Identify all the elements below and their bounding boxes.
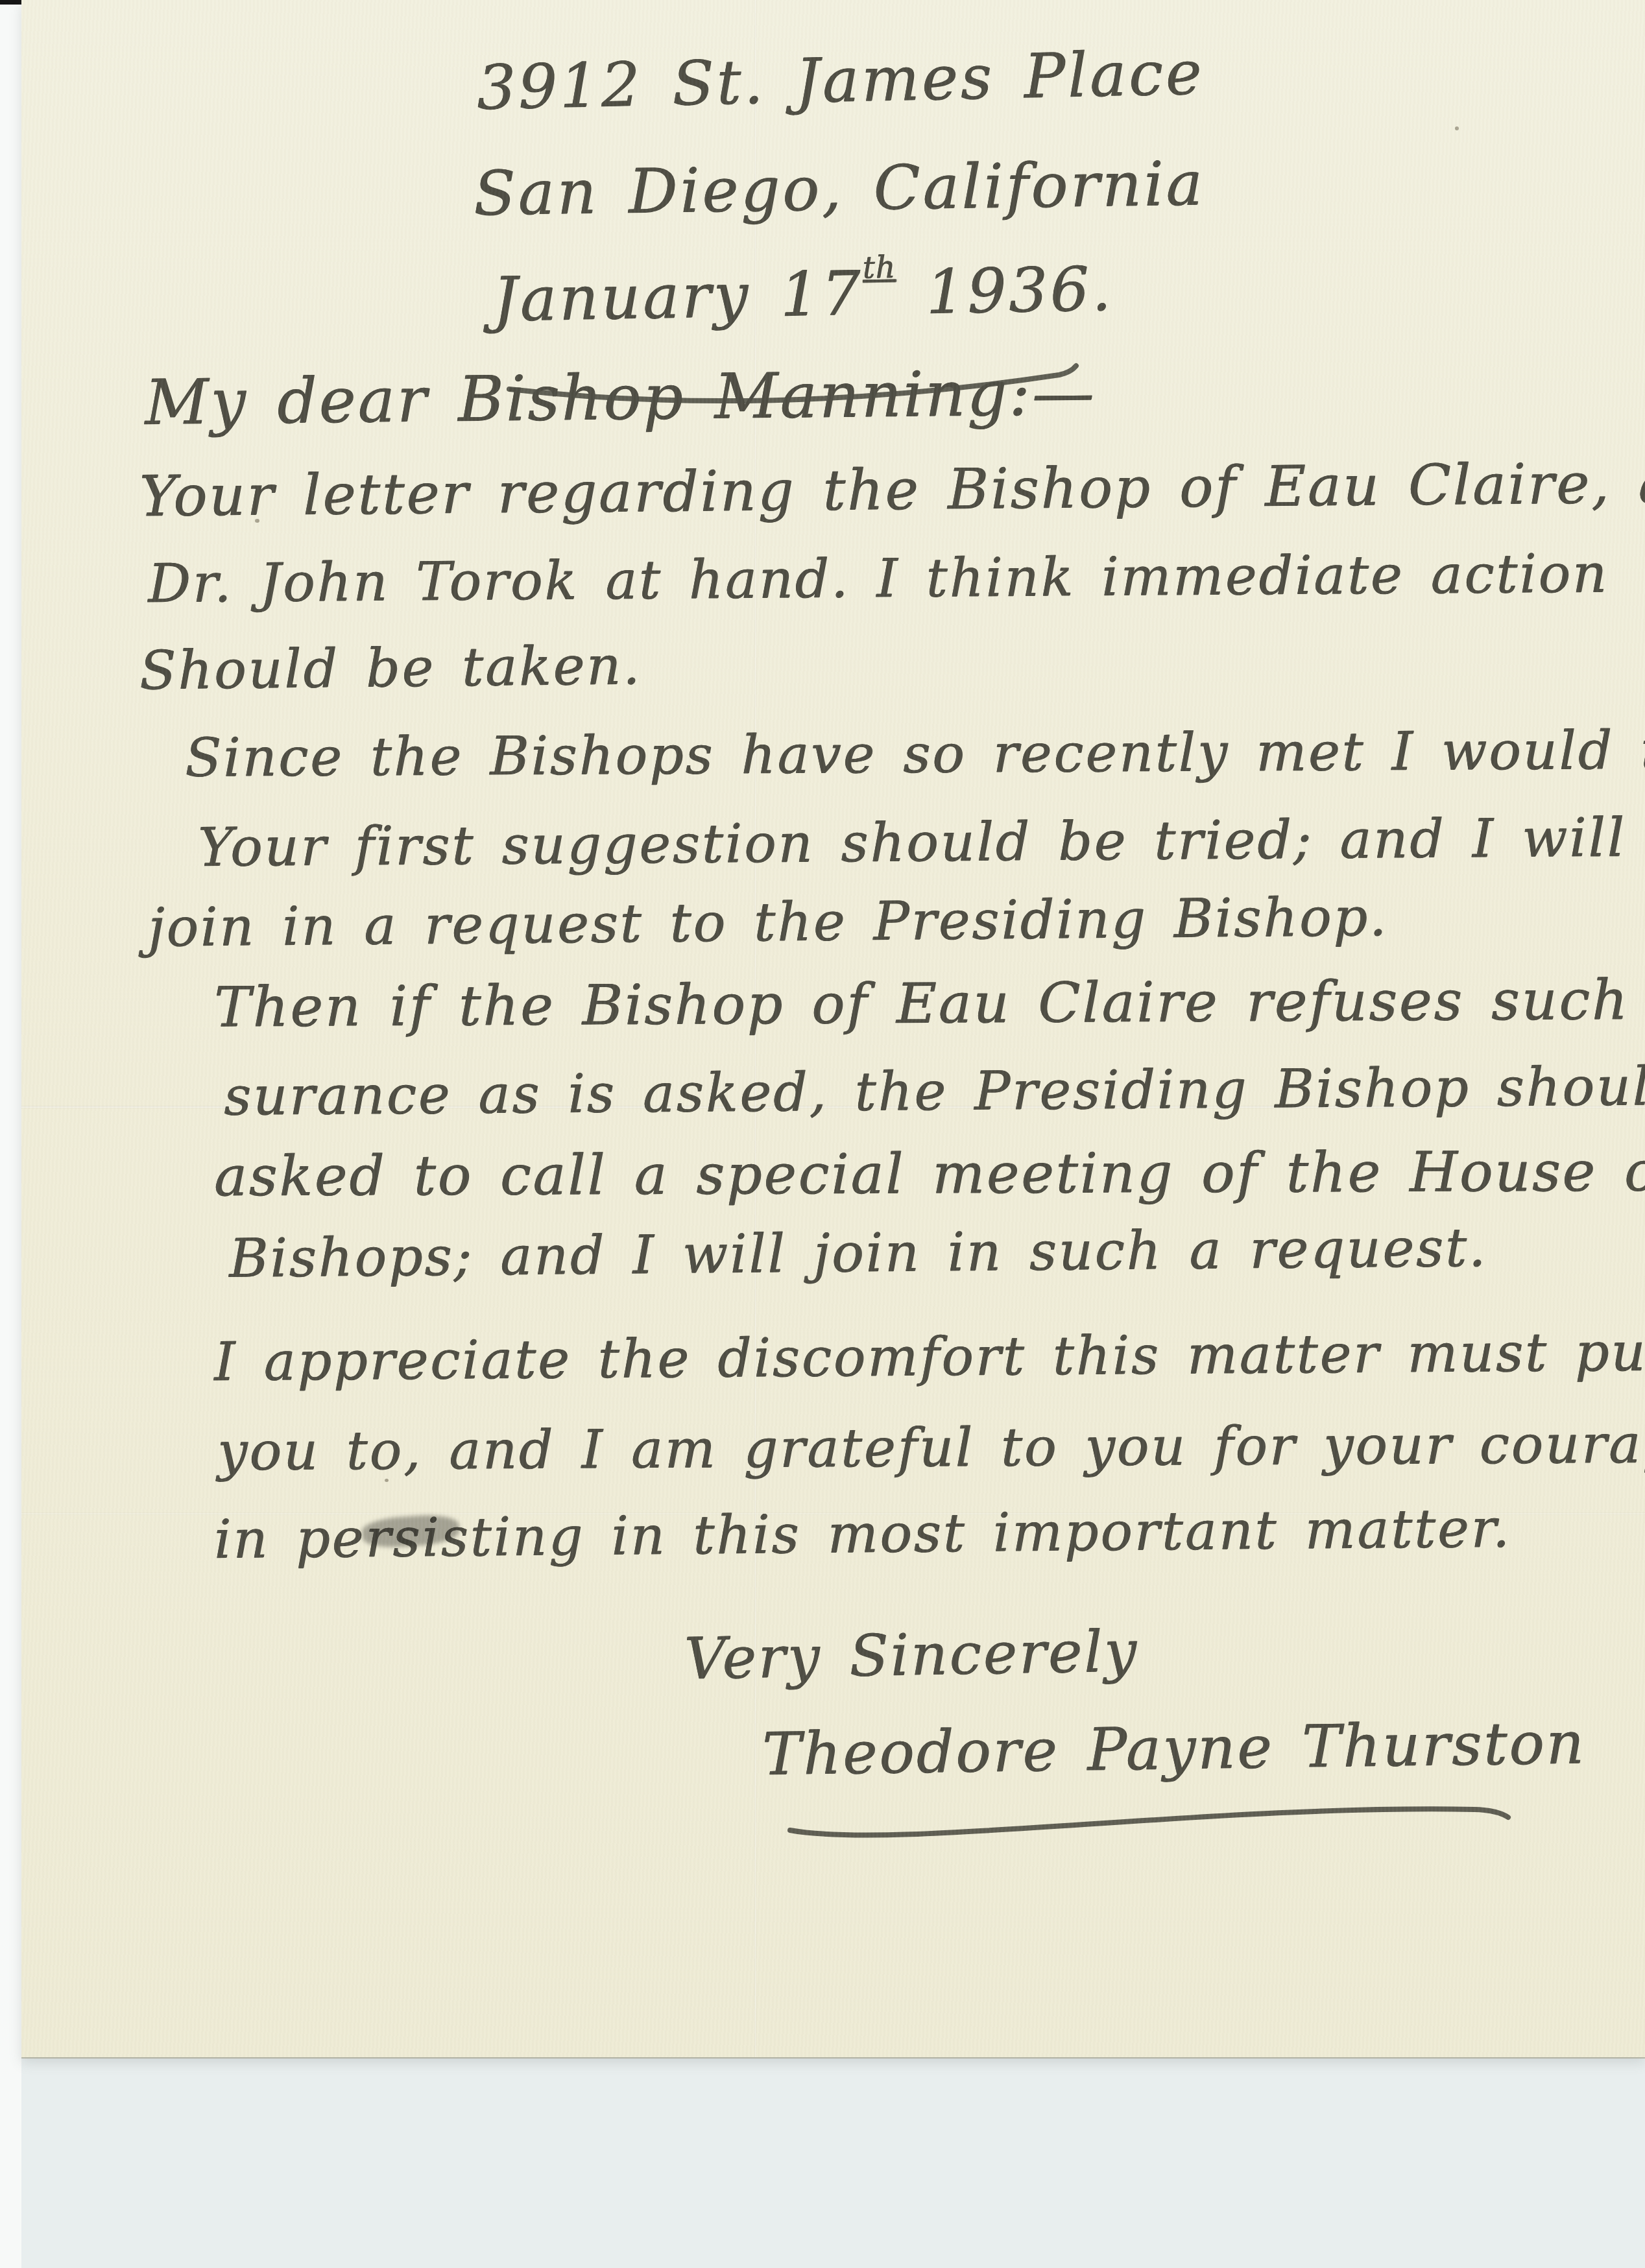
letter-page: 3912 St. James Place San Diego, Californ… [21, 0, 1645, 2057]
body-line: surance as is asked, the Presiding Bisho… [224, 1060, 1645, 1124]
date-year: 1936. [896, 254, 1114, 329]
body-line: Bishops; and I will join in such a reque… [229, 1222, 1488, 1286]
body-line: join in a request to the Presiding Bisho… [148, 891, 1389, 955]
body-line: Your first suggestion should be tried; a… [198, 810, 1645, 875]
body-line: Should be taken. [139, 639, 642, 698]
body-line: asked to call a special meeting of the H… [214, 1144, 1645, 1204]
salutation-line: My dear Bishop Manning:— [145, 361, 1097, 433]
date-day: January 17 [492, 258, 863, 335]
body-line: Dr. John Torok at hand. I think immediat… [148, 547, 1609, 611]
paper-speck [1455, 126, 1459, 130]
signature-underline [790, 1809, 1508, 1835]
address-line-2: San Diego, California [473, 154, 1205, 225]
signature: Theodore Payne Thurston [762, 1714, 1586, 1784]
date-ordinal-suffix: th [862, 250, 896, 286]
scanner-background-strip [0, 0, 21, 2268]
closing-line: Very Sincerely [684, 1623, 1138, 1688]
date-line: January 17th 1936. [492, 259, 1114, 331]
body-line: you to, and I am grateful to you for you… [217, 1418, 1645, 1479]
body-line: Then if the Bishop of Eau Claire refuses… [214, 972, 1645, 1035]
body-line: Since the Bishops have so recently met I… [185, 724, 1645, 785]
scanned-letter-canvas: 3912 St. James Place San Diego, Californ… [0, 0, 1645, 2268]
body-line: Your letter regarding the Bishop of Eau … [139, 455, 1645, 525]
body-line: I appreciate the discomfort this matter … [214, 1326, 1645, 1389]
address-line-1: 3912 St. James Place [476, 43, 1205, 119]
